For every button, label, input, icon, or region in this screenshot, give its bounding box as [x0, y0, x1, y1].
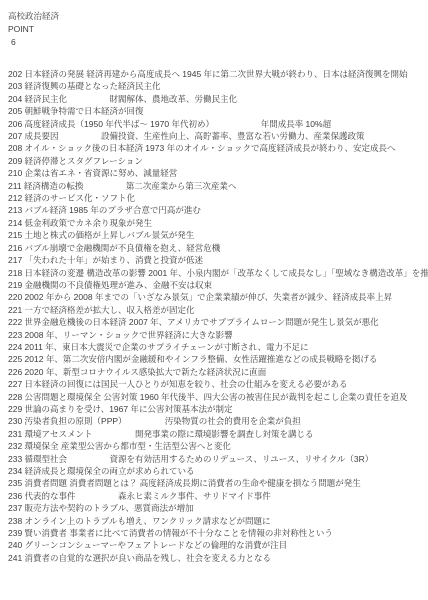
document-line: 225 2012 年、第二次安倍内閣が金融緩和やインフラ整備、女性活躍推進などの…	[8, 353, 428, 365]
document-line: 212 経済のサービス化・ソフト化	[8, 192, 428, 204]
document-line: 218 日本経済の変遷 構造改革の影響 2001 年、小泉内閣が「改革なくして成…	[8, 267, 428, 279]
document-line: 230 汚染者負担の原則（PPP） 汚染物質の社会的費用を企業が負担	[8, 415, 428, 427]
document-header: 高校政治経済 POINT 6	[8, 10, 428, 49]
point-number: 6	[8, 36, 428, 49]
document-line: 226 2020 年、新型コロナウイルス感染拡大で新たな経済状況に直面	[8, 366, 428, 378]
document-line: 241 消費者の自覚的な選択が良い商品を残し、社会を変える力となる	[8, 552, 428, 564]
course-title: 高校政治経済	[8, 10, 428, 23]
document-line: 217 「失われた十年」が始まり、消費と投資が低迷	[8, 254, 428, 266]
document-line: 203 経済復興の基礎となった経済民主化	[8, 80, 428, 92]
document-line: 233 循環型社会 資源を有効活用するためのリデュース、リユース、リサイクル（3…	[8, 453, 428, 465]
document-line: 228 公害問題と環境保全 公害対策 1960 年代後半、四大公害の被害住民が裁…	[8, 391, 428, 403]
document-line: 209 経済停滞とスタグフレーション	[8, 155, 428, 167]
document-line: 213 バブル経済 1985 年のプラザ合意で円高が進む	[8, 204, 428, 216]
document-line: 221 一方で経済格差が拡大し、収入格差が固定化	[8, 304, 428, 316]
document-line: 239 賢い消費者 事業者に比べて消費者の情報が不十分なことを情報の非対称性とい…	[8, 527, 428, 539]
document-line: 214 低金利政策でカネ余り現象が発生	[8, 217, 428, 229]
document-line: 223 2008 年、リーマン・ショックで世界経済に大きな影響	[8, 329, 428, 341]
document-line: 224 2011 年、東日本大震災で企業のサプライチェーンが寸断され、電力不足に	[8, 341, 428, 353]
document-line: 204 経済民主化 財閥解体、農地改革、労働民主化	[8, 93, 428, 105]
document-line: 208 オイル・ショック後の日本経済 1973 年のオイル・ショックで高度経済成…	[8, 142, 428, 154]
document-line: 238 オンライン上のトラブルも増え、ワンクリック請求などが問題に	[8, 515, 428, 527]
document-line: 229 世論の高まりを受け、1967 年に公害対策基本法が制定	[8, 403, 428, 415]
document-line: 232 環境保全 産業型公害から都市型・生活型公害へと変化	[8, 440, 428, 452]
document-line: 216 バブル崩壊で金融機関が不良債権を抱え、経営危機	[8, 242, 428, 254]
document-line: 205 朝鮮戦争特需で日本経済が回復	[8, 105, 428, 117]
document-line: 235 消費者問題 消費者問題とは？ 高度経済成長期に消費者の生命や健康を損なう…	[8, 477, 428, 489]
document-line: 231 環境アセスメント 開発事業の際に環境影響を調査し対策を講じる	[8, 428, 428, 440]
document-line: 222 世界金融危機後の日本経済 2007 年、アメリカでサブプライムローン問題…	[8, 316, 428, 328]
document-line: 207 成長要因 設備投資、生産性向上、高貯蓄率、豊富な若い労働力、産業保護政策	[8, 130, 428, 142]
document-line: 220 2002 年から 2008 年までの「いざなみ景気」で企業業績が伸び、失…	[8, 291, 428, 303]
document-line: 211 経済構造の転換 第二次産業から第三次産業へ	[8, 180, 428, 192]
document-line: 227 日本経済の回復には国民一人ひとりが知恵を絞り、社会の仕組みを変える必要が…	[8, 378, 428, 390]
document-line: 219 金融機関の不良債権処理が進み、金融不安は収束	[8, 279, 428, 291]
document-line: 240 グリーンコンシューマーやフェアトレードなどの倫理的な消費が注目	[8, 539, 428, 551]
document-line: 236 代表的な事件 森永ヒ素ミルク事件、サリドマイド事件	[8, 490, 428, 502]
document-line: 206 高度経済成長（1950 年代半ば～ 1970 年代初め） 年間成長率 1…	[8, 118, 428, 130]
document-line: 215 土地と株式の価格が上昇しバブル景気が発生	[8, 229, 428, 241]
document-line: 237 販売方法や契約のトラブル、悪質商法が増加	[8, 502, 428, 514]
document-line: 234 経済成長と環境保全の両立が求められている	[8, 465, 428, 477]
document-line: 202 日本経済の発展 経済再建から高度成長へ 1945 年に第二次世界大戦が終…	[8, 68, 428, 80]
point-label: POINT	[8, 23, 428, 36]
document-lines: 202 日本経済の発展 経済再建から高度成長へ 1945 年に第二次世界大戦が終…	[8, 68, 428, 564]
document-line: 210 企業は省エネ・省資源に努め、減量経営	[8, 167, 428, 179]
document-page: 高校政治経済 POINT 6 202 日本経済の発展 経済再建から高度成長へ 1…	[0, 0, 428, 600]
